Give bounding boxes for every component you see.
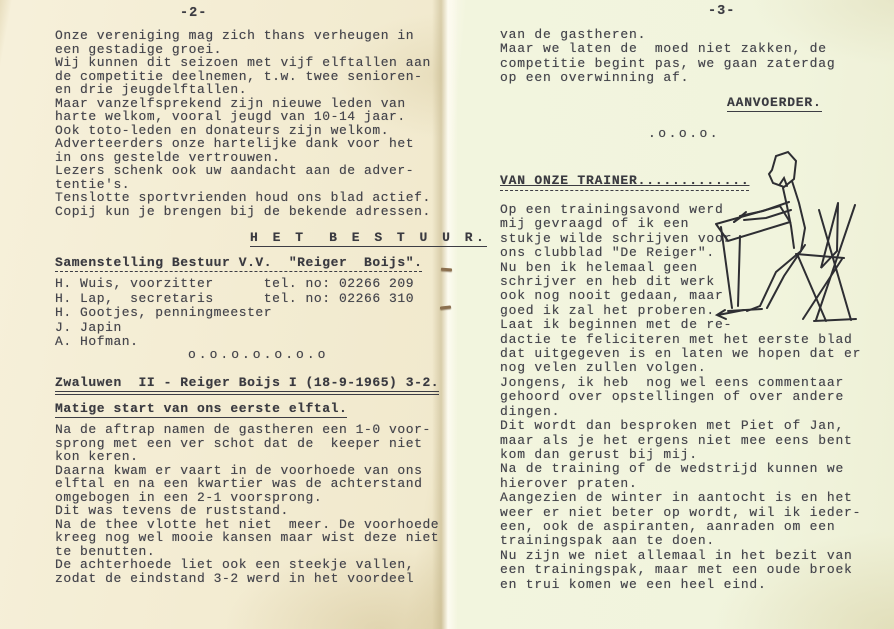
continuation-paragraph: van de gastheren. Maar we laten de moed … [500,28,835,86]
match-report-paragraph: Na de aftrap namen de gastheren een 1-0 … [55,423,439,585]
board-heading: H E T B E S T U U R. [250,231,487,247]
page-number-left: -2- [180,6,207,21]
board-subheading: Samenstelling Bestuur V.V. "Reiger Boijs… [55,256,422,272]
writer-sketch-illustration [688,148,893,363]
separator-left: o.o.o.o.o.o.o [188,348,328,362]
captain-signature: AANVOERDER. [727,96,822,112]
scanned-newsletter-spread: -2- Onze vereniging mag zich thans verhe… [0,0,894,629]
board-members-list: H. Wuis, voorzitter tel. no: 02266 209 H… [55,277,414,350]
intro-paragraph: Onze vereniging mag zich thans verheugen… [55,29,431,218]
match-heading: Zwaluwen II - Reiger Boijs I (18-9-1965)… [55,376,439,395]
page-number-right: -3- [708,4,735,19]
match-subheading: Matige start van ons eerste elftal. [55,402,347,418]
separator-right: .o.o.o. [648,127,720,141]
